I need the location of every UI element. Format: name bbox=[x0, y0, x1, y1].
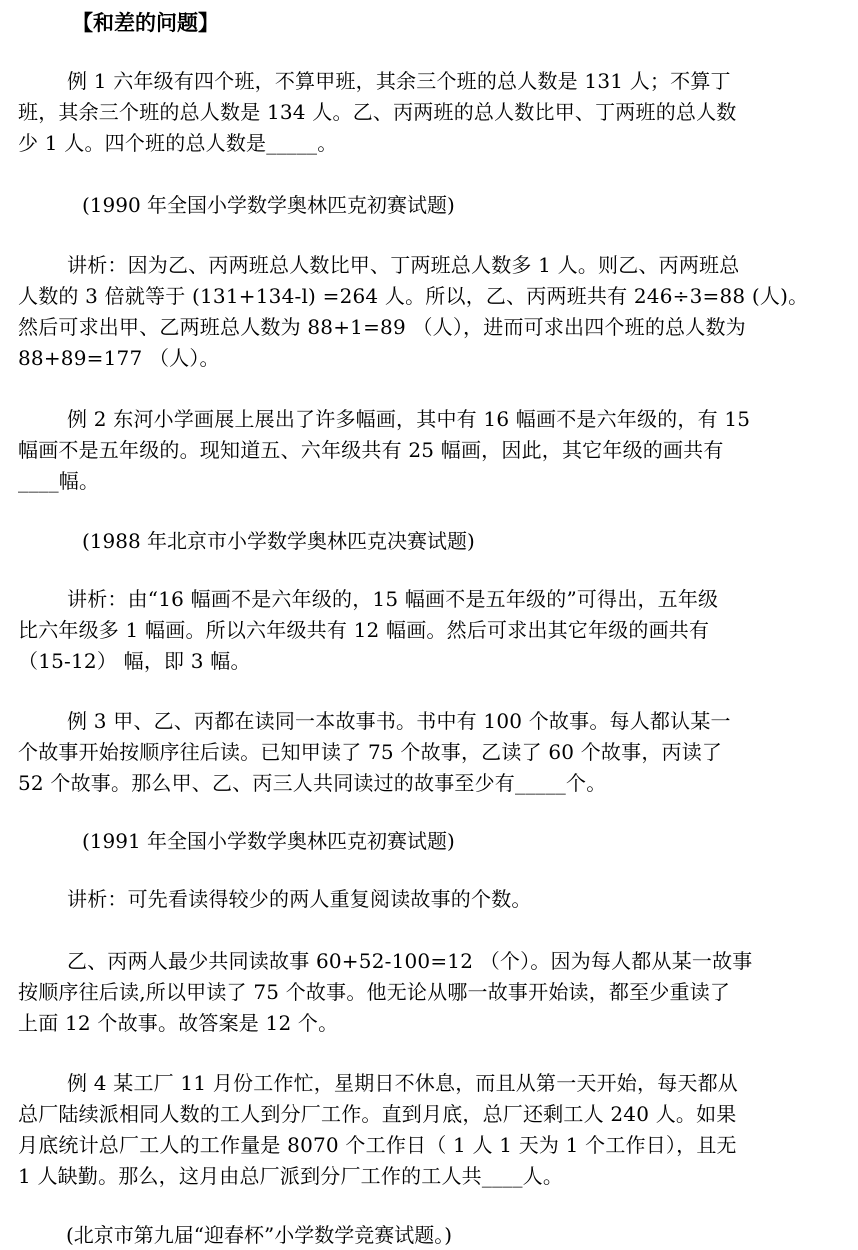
document-page: 【和差的问题】 例 1 六年级有四个班，不算甲班，其余三个班的总人数是 131 … bbox=[0, 0, 858, 1250]
problem-2-analysis-line-2: 比六年级多 1 幅画。所以六年级共有 12 幅画。然后可求出其它年级的画共有 bbox=[18, 615, 848, 646]
problem-2-line-1: 例 2 东河小学画展上展出了许多幅画，其中有 16 幅画不是六年级的，有 15 bbox=[18, 404, 848, 435]
problem-1-analysis-line-4: 88+89=177 （人）。 bbox=[18, 343, 848, 374]
problem-4-line-3: 月底统计总厂工人的工作量是 8070 个工作日（ 1 人 1 天为 1 个工作日… bbox=[18, 1130, 848, 1161]
problem-2-analysis: 讲析：由“16 幅画不是六年级的，15 幅画不是五年级的”可得出，五年级 比六年… bbox=[18, 584, 848, 677]
problem-1-line-2: 班，其余三个班的总人数是 134 人。乙、丙两班的总人数比甲、丁两班的总人数 bbox=[18, 97, 848, 128]
problem-3: 例 3 甲、乙、丙都在读同一本故事书。书中有 100 个故事。每人都认某一 个故… bbox=[18, 706, 848, 799]
problem-1-analysis-line-3: 然后可求出甲、乙两班总人数为 88+1=89 （人），进而可求出四个班的总人数为 bbox=[18, 312, 848, 343]
problem-1-analysis: 讲析：因为乙、丙两班总人数比甲、丁两班总人数多 1 人。则乙、丙两班总 人数的 … bbox=[18, 250, 848, 374]
problem-3-analysis: 乙、丙两人最少共同读故事 60+52-100=12 （个）。因为每人都从某一故事… bbox=[18, 946, 848, 1039]
problem-3-analysis-line-2: 按顺序往后读,所以甲读了 75 个故事。他无论从哪一故事开始读，都至少重读了 bbox=[18, 977, 848, 1008]
problem-3-line-3: 52 个故事。那么甲、乙、丙三人共同读过的故事至少有_____个。 bbox=[18, 768, 848, 799]
problem-3-analysis-intro-line: 讲析：可先看读得较少的两人重复阅读故事的个数。 bbox=[18, 884, 848, 915]
problem-4-line-1: 例 4 某工厂 11 月份工作忙，星期日不休息，而且从第一天开始，每天都从 bbox=[18, 1068, 848, 1099]
problem-2-source: (1988 年北京市小学数学奥林匹克决赛试题) bbox=[82, 526, 475, 557]
problem-2-analysis-line-1: 讲析：由“16 幅画不是六年级的，15 幅画不是五年级的”可得出，五年级 bbox=[18, 584, 848, 615]
problem-3-line-2: 个故事开始按顺序往后读。已知甲读了 75 个故事，乙读了 60 个故事，丙读了 bbox=[18, 737, 848, 768]
problem-2: 例 2 东河小学画展上展出了许多幅画，其中有 16 幅画不是六年级的，有 15 … bbox=[18, 404, 848, 497]
problem-3-analysis-line-1: 乙、丙两人最少共同读故事 60+52-100=12 （个）。因为每人都从某一故事 bbox=[18, 946, 848, 977]
problem-1-source: (1990 年全国小学数学奥林匹克初赛试题) bbox=[82, 190, 455, 221]
problem-3-analysis-intro: 讲析：可先看读得较少的两人重复阅读故事的个数。 bbox=[18, 884, 848, 915]
document-title: 【和差的问题】 bbox=[72, 8, 219, 38]
problem-2-analysis-line-3: （15-12） 幅，即 3 幅。 bbox=[18, 646, 848, 677]
problem-2-line-2: 幅画不是五年级的。现知道五、六年级共有 25 幅画，因此，其它年级的画共有 bbox=[18, 435, 848, 466]
problem-1: 例 1 六年级有四个班，不算甲班，其余三个班的总人数是 131 人；不算丁 班，… bbox=[18, 66, 848, 159]
problem-1-line-1: 例 1 六年级有四个班，不算甲班，其余三个班的总人数是 131 人；不算丁 bbox=[18, 66, 848, 97]
problem-4-line-2: 总厂陆续派相同人数的工人到分厂工作。直到月底，总厂还剩工人 240 人。如果 bbox=[18, 1099, 848, 1130]
problem-1-line-3: 少 1 人。四个班的总人数是_____。 bbox=[18, 128, 848, 159]
problem-2-line-3: ____幅。 bbox=[18, 466, 848, 497]
problem-1-analysis-line-2: 人数的 3 倍就等于 (131+134-l) =264 人。所以，乙、丙两班共有… bbox=[18, 281, 848, 312]
problem-1-analysis-line-1: 讲析：因为乙、丙两班总人数比甲、丁两班总人数多 1 人。则乙、丙两班总 bbox=[18, 250, 848, 281]
problem-3-analysis-line-3: 上面 12 个故事。故答案是 12 个。 bbox=[18, 1008, 848, 1039]
problem-4: 例 4 某工厂 11 月份工作忙，星期日不休息，而且从第一天开始，每天都从 总厂… bbox=[18, 1068, 848, 1192]
problem-3-line-1: 例 3 甲、乙、丙都在读同一本故事书。书中有 100 个故事。每人都认某一 bbox=[18, 706, 848, 737]
problem-4-line-4: 1 人缺勤。那么，这月由总厂派到分厂工作的工人共____人。 bbox=[18, 1161, 848, 1192]
problem-4-source: (北京市第九届“迎春杯”小学数学竞赛试题。) bbox=[66, 1220, 452, 1250]
problem-3-source: (1991 年全国小学数学奥林匹克初赛试题) bbox=[82, 826, 455, 857]
